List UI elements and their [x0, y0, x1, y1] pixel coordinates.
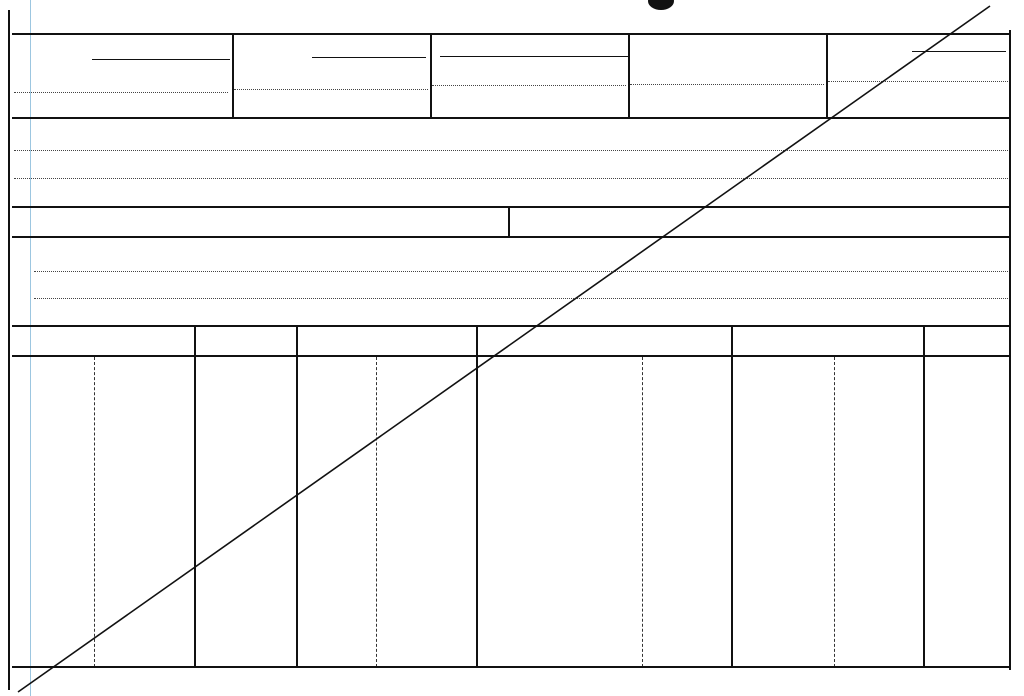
- diagonal-cancel-line: [0, 0, 1024, 696]
